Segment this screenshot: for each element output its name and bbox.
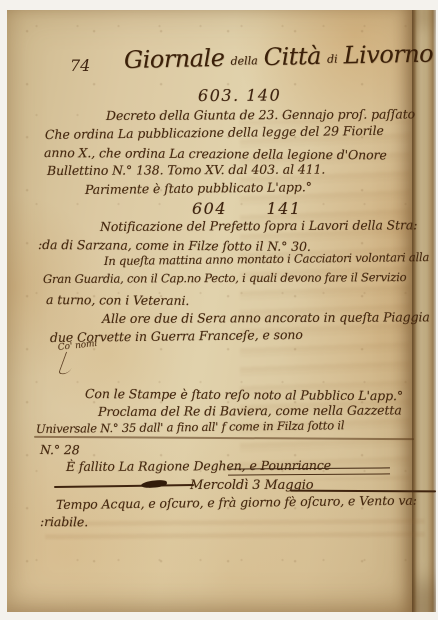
title-word: Livorno — [343, 40, 433, 70]
title-word: di — [327, 53, 338, 66]
journal-line: Gran Guardia, con il Cap.no Pecto, i qua… — [43, 271, 406, 287]
entry-ref-number: 603. 140 — [198, 86, 281, 106]
title-word: Città — [263, 42, 321, 71]
journal-line: Notificazione del Prefetto ſopra i Lavor… — [100, 217, 417, 234]
journal-line: a turno, con i Veterani. — [46, 292, 189, 308]
journal-line: Proclama del Re di Baviera, come nella G… — [98, 402, 402, 419]
journal-line: Alle ore due di Sera anno ancorato in qu… — [102, 309, 430, 326]
entry-ref-number: 604 141 — [192, 199, 302, 218]
journal-line: Parimente è ſtato pubblicato L'app.° — [85, 179, 312, 197]
title-word: della — [230, 54, 257, 68]
journal-line: Con le Stampe è ſtato reſo noto al Pubbl… — [85, 386, 403, 403]
journal-line: Decreto della Giunta de 23. Gennajo proſ… — [106, 106, 415, 123]
journal-line: Bullettino N.° 138. Tomo XV. dal 403. al… — [47, 162, 325, 178]
folio-number: 74 — [70, 56, 90, 75]
title-word: Giornale — [124, 44, 225, 74]
journal-line: anno X., che ordina La creazione della l… — [44, 145, 387, 162]
manuscript-scan: 74 Giornale della Città di Livorno 603. … — [0, 0, 438, 620]
weather-line: :riabile. — [40, 514, 88, 529]
divider-rule-top — [228, 467, 390, 475]
journal-line: N.° 28 — [40, 442, 80, 457]
